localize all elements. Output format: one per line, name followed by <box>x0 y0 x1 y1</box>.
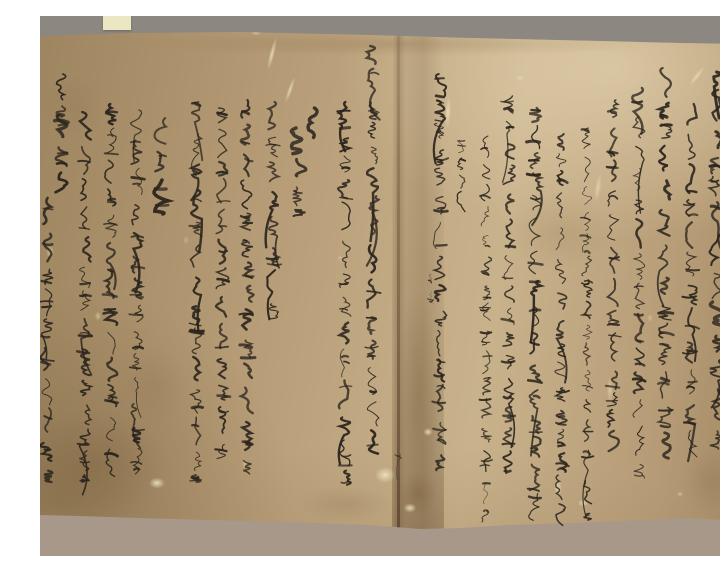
page-seam <box>392 16 444 556</box>
manuscript-photo <box>40 16 720 556</box>
label-sticker <box>103 16 131 30</box>
paper-sheet <box>40 16 720 556</box>
seam-crease-line <box>397 27 400 556</box>
